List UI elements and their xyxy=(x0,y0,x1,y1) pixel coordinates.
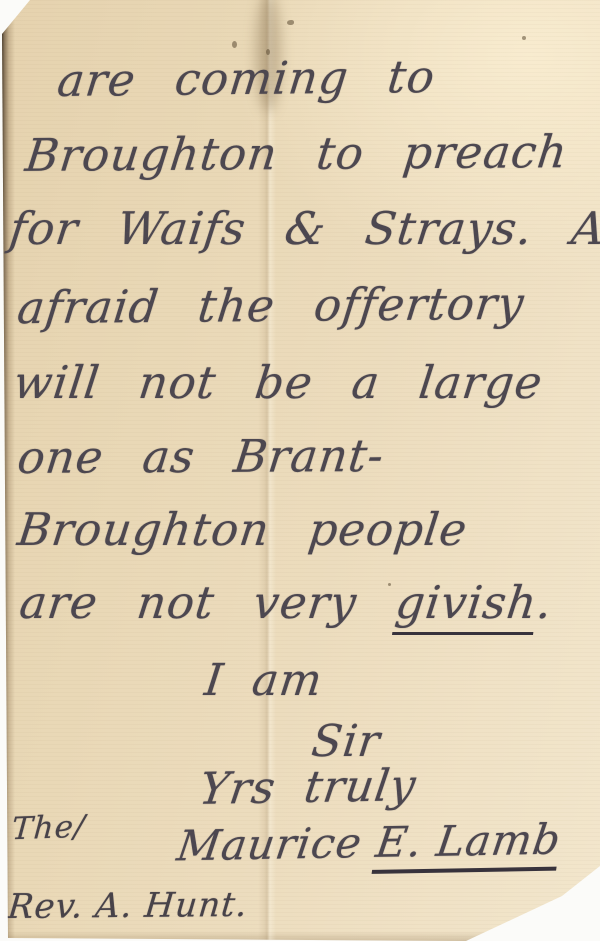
letter-line-7: Broughton people xyxy=(15,503,471,556)
signature-first-name: Maurice xyxy=(174,818,380,870)
underlined-word: givish xyxy=(392,576,540,635)
closing-yrs-truly: Yrs truly xyxy=(196,760,419,815)
paper-sheet: are coming to Broughton to preach for Wa… xyxy=(0,0,600,941)
paper-bottom-edge-shadow xyxy=(0,931,600,941)
letter-line-8: are not very givish. xyxy=(17,576,556,629)
paper-speck xyxy=(232,41,237,48)
annotation-the: The/ xyxy=(11,809,87,848)
letter-line-8-prefix: are not very xyxy=(17,576,400,629)
letter-line-6: one as Brant- xyxy=(15,429,387,484)
paper-speck xyxy=(522,36,526,40)
letter-line-3: for Waifs & Strays. Am xyxy=(7,202,600,255)
closing-sir: Sir xyxy=(309,716,384,767)
letter-line-2: Broughton to preach xyxy=(23,125,571,182)
paper-speck xyxy=(590,878,597,882)
paper-speck xyxy=(287,20,294,25)
signature-line: Maurice E. Lamb xyxy=(174,815,564,871)
letter-line-1: are coming to xyxy=(55,50,438,107)
closing-i-am: I am xyxy=(202,655,326,706)
annotation-recipient: Rev. A. Hunt. xyxy=(6,885,250,927)
letter-line-5: will not be a large xyxy=(11,356,546,409)
scanned-letter-page: are coming to Broughton to preach for Wa… xyxy=(0,0,600,941)
letter-line-4: afraid the offertory xyxy=(15,277,528,334)
paper-left-edge-shadow xyxy=(0,0,15,941)
signature-surname-underlined: E. Lamb xyxy=(372,815,564,874)
